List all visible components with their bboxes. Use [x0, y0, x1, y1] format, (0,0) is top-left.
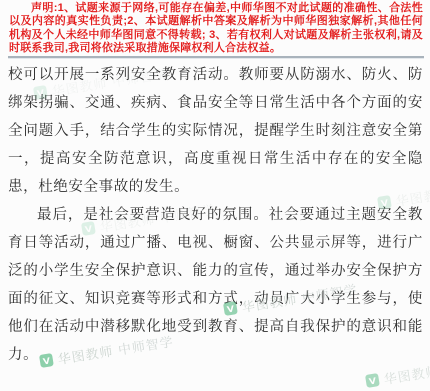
document-page: 声明:1、试题来源于网络,可能存在偏差,中师华图不对此试题的准确性、合法性以及内… — [0, 0, 430, 391]
paragraph-safety-education: 校可以开展一系列安全教育活动。教师要从防溺水、防火、防绑架拐骗、交通、疾病、食品… — [8, 61, 423, 201]
huatu-logo-icon — [365, 373, 380, 388]
document-body: 校可以开展一系列安全教育活动。教师要从防溺水、防火、防绑架拐骗、交通、疾病、食品… — [8, 61, 423, 369]
paragraph-society-atmosphere: 最后，是社会要营造良好的氛围。社会要通过主题安全教育日等活动，通过广播、电视、橱… — [8, 201, 423, 369]
copyright-disclaimer: 声明:1、试题来源于网络,可能存在偏差,中师华图不对此试题的准确性、合法性以及内… — [9, 2, 423, 56]
separator-line — [8, 56, 424, 59]
